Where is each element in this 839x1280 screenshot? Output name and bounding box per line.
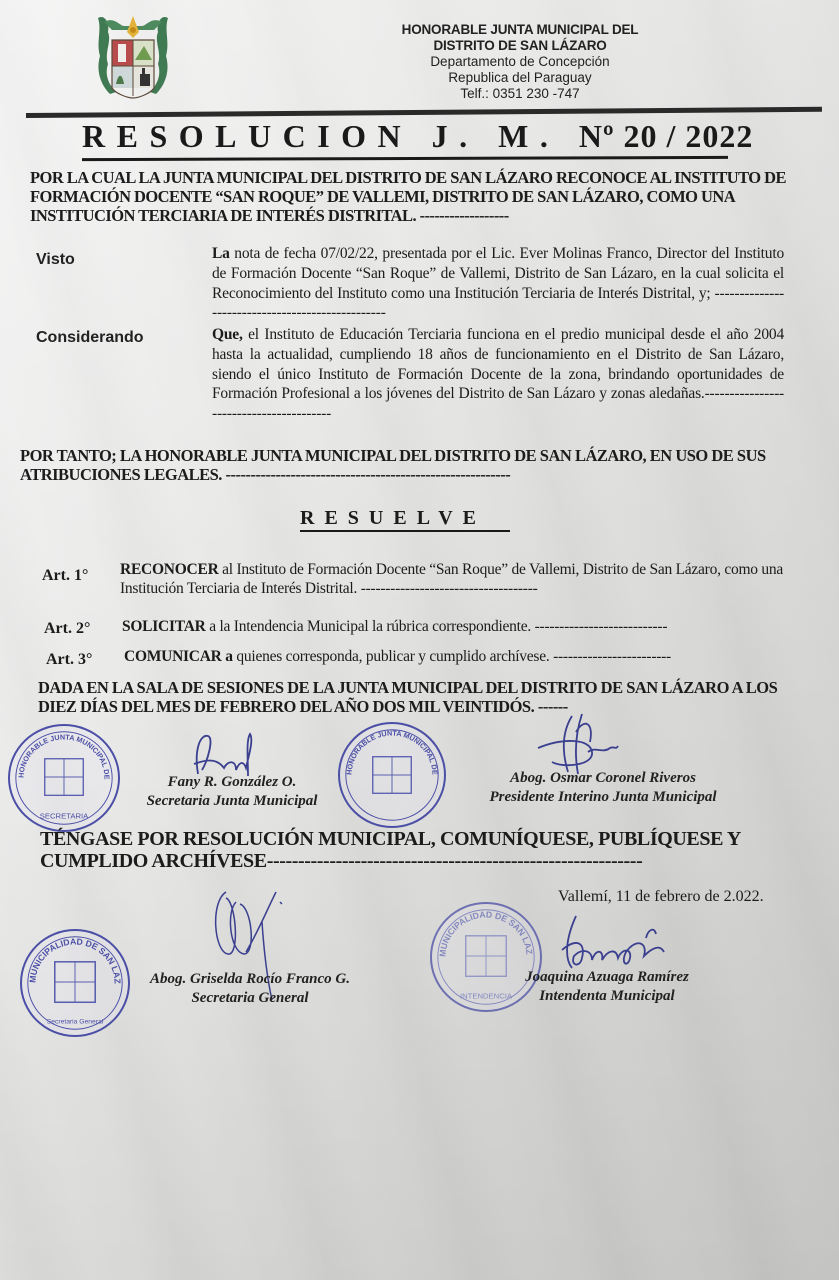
org-department: Departamento de Concepción <box>320 54 720 70</box>
resolution-title: RESOLUCION J. M. Nº 20 / 2022 <box>82 118 753 155</box>
resolution-summary: POR LA CUAL LA JUNTA MUNICIPAL DEL DISTR… <box>30 168 790 225</box>
title-underline <box>82 156 728 161</box>
visto-paragraph: La nota de fecha 07/02/22, presentada po… <box>212 244 784 323</box>
article-2-number: Art. 2° <box>44 620 90 638</box>
article-2-text: SOLICITAR a la Intendencia Municipal la … <box>122 617 784 636</box>
resuelve-heading: RESUELVE <box>300 507 486 530</box>
article-1-text: RECONOCER al Instituto de Formación Doce… <box>120 560 784 598</box>
article-2-body: a la Intendencia Municipal la rúbrica co… <box>206 618 668 635</box>
signer-name: Fany R. González O. <box>122 773 342 792</box>
resuelve-underline <box>300 530 510 532</box>
resolution-title-prefix: RESOLUCION J. M. <box>82 118 559 154</box>
svg-text:HONORABLE JUNTA MUNICIPAL DE S: HONORABLE JUNTA MUNICIPAL DE SAN LAZARO <box>340 724 439 775</box>
svg-text:HONORABLE JUNTA MUNICIPAL DE S: HONORABLE JUNTA MUNICIPAL DE SAN LAZARO <box>10 726 111 780</box>
considerando-text: el Instituto de Educación Terciaria func… <box>212 326 784 422</box>
signer-role: Secretaria Junta Municipal <box>122 792 342 811</box>
svg-text:MUNICIPALIDAD DE SAN LAZARO: MUNICIPALIDAD DE SAN LAZARO <box>432 904 535 957</box>
svg-text:Secretaria General: Secretaria General <box>47 1018 104 1025</box>
por-tanto-clause: POR TANTO; LA HONORABLE JUNTA MUNICIPAL … <box>20 446 792 484</box>
signer-role: Secretaria General <box>110 989 390 1008</box>
place-and-date: Vallemí, 11 de febrero de 2.022. <box>558 888 764 906</box>
header-divider <box>26 107 822 118</box>
svg-text:SECRETARIA: SECRETARIA <box>40 811 89 820</box>
article-3-text: COMUNICAR a quienes corresponda, publica… <box>124 647 784 666</box>
signature-block-intendenta: Joaquina Azuaga Ramírez Intendenta Munic… <box>492 968 722 1006</box>
resolution-number: Nº 20 / 2022 <box>579 118 754 154</box>
org-name-line2: DISTRITO DE SAN LÁZARO <box>320 38 720 54</box>
org-phone: Telf.: 0351 230 -747 <box>320 86 720 102</box>
article-1-body: al Instituto de Formación Docente “San R… <box>120 561 783 597</box>
stamp-ring-text: HONORABLE JUNTA MUNICIPAL DE SAN LAZARO <box>10 726 111 780</box>
article-3-body: quienes corresponda, publicar y cumplido… <box>233 648 671 665</box>
signature-block-secretaria-general: Abog. Griselda Rocío Franco G. Secretari… <box>110 970 390 1008</box>
visto-text: nota de fecha 07/02/22, presentada por e… <box>212 245 784 321</box>
stamp-secretaria-icon: HONORABLE JUNTA MUNICIPAL DE SAN LAZARO … <box>8 724 120 832</box>
article-3-number: Art. 3° <box>46 651 92 669</box>
org-name-line1: HONORABLE JUNTA MUNICIPAL DEL <box>320 22 720 38</box>
tengase-clause: TÉNGASE POR RESOLUCIÓN MUNICIPAL, COMUNÍ… <box>40 828 796 872</box>
signature-block-presidente: Abog. Osmar Coronel Riveros Presidente I… <box>458 769 748 807</box>
signer-role: Intendenta Municipal <box>492 987 722 1006</box>
considerando-paragraph: Que, el Instituto de Educación Terciaria… <box>212 325 784 424</box>
article-1-number: Art. 1° <box>42 567 88 585</box>
coat-of-arms-icon <box>94 12 172 100</box>
svg-text:MUNICIPALIDAD DE SAN LAZARO: MUNICIPALIDAD DE SAN LAZARO <box>22 931 123 985</box>
org-country: Republica del Paraguay <box>320 70 720 86</box>
signer-name: Abog. Griselda Rocío Franco G. <box>110 970 390 989</box>
dada-clause: DADA EN LA SALA DE SESIONES DE LA JUNTA … <box>38 678 796 716</box>
signature-block-secretaria-junta: Fany R. González O. Secretaria Junta Mun… <box>122 773 342 811</box>
organization-header: HONORABLE JUNTA MUNICIPAL DEL DISTRITO D… <box>320 22 720 102</box>
visto-label: Visto <box>36 251 75 269</box>
signer-name: Abog. Osmar Coronel Riveros <box>458 769 748 788</box>
article-3-lead: COMUNICAR a <box>124 648 233 665</box>
considerando-lead: Que, <box>212 326 243 343</box>
signer-role: Presidente Interino Junta Municipal <box>458 788 748 807</box>
considerando-label: Considerando <box>36 329 144 347</box>
article-1-lead: RECONOCER <box>120 561 219 578</box>
signer-name: Joaquina Azuaga Ramírez <box>492 968 722 987</box>
article-2-lead: SOLICITAR <box>122 618 206 635</box>
visto-lead: La <box>212 245 230 262</box>
stamp-junta-municipal-icon: HONORABLE JUNTA MUNICIPAL DE SAN LAZARO <box>338 722 446 828</box>
